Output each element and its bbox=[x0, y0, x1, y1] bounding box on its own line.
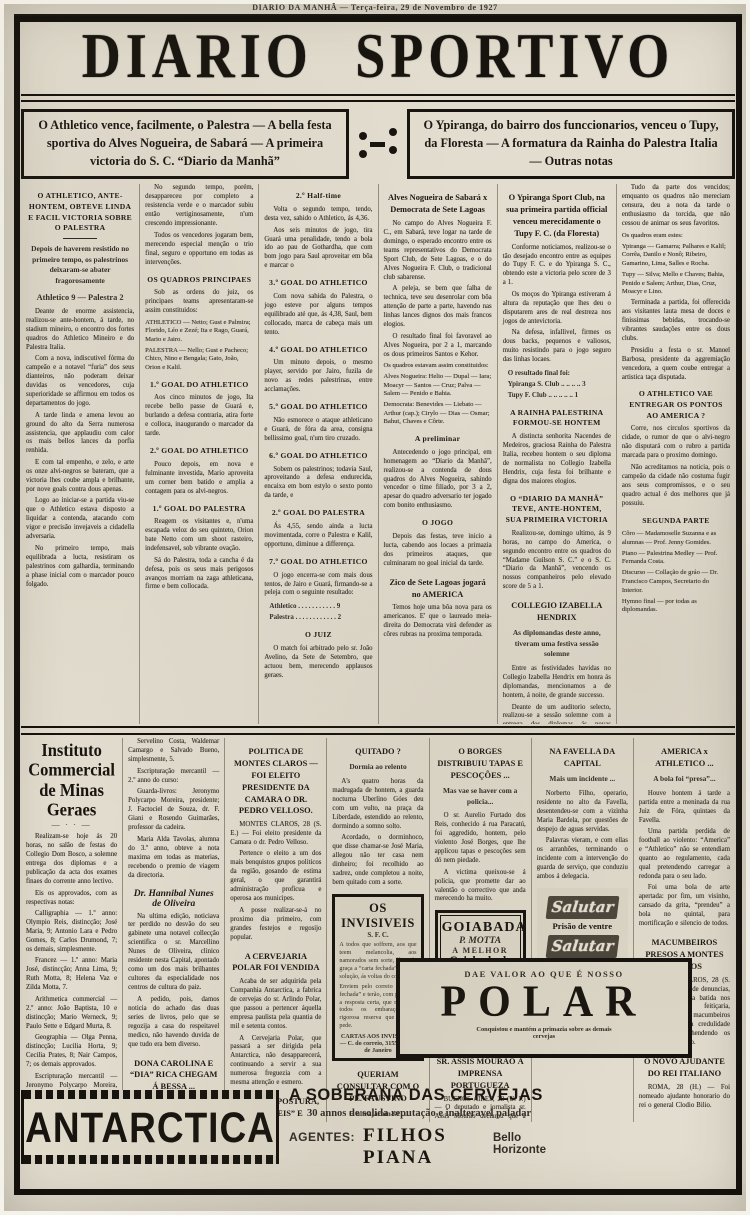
news-column: Tudo da parte dos vencidos; emquanto os … bbox=[617, 184, 735, 724]
article-paragraph: O jogo encerra-se com mais dous tentos, … bbox=[264, 572, 372, 599]
article-heading: 6.º GOAL DO ATHLETICO bbox=[266, 451, 370, 462]
article-subhead: Depois de haverem resistido no primeiro … bbox=[29, 244, 131, 287]
article-paragraph: Arithmetica commercial — 2.º anno: João … bbox=[26, 996, 117, 1032]
article-paragraph: Tudo da parte dos vencidos; emquanto os … bbox=[622, 184, 730, 229]
article-heading: 2.º Half-time bbox=[266, 191, 370, 202]
article-paragraph: Uma partida perdida de football ao viole… bbox=[639, 828, 730, 882]
antarctica-brand: ANTARCTICA bbox=[24, 1106, 276, 1149]
article-paragraph: Sobem os palestrinos; todavia Saul, apro… bbox=[264, 466, 372, 502]
ad-line: OS INVISIVEIS bbox=[339, 901, 416, 931]
article-paragraph: Calligraphia — 1.º anno: Olympio Reis, d… bbox=[26, 910, 117, 955]
article-paragraph: Palavras vieram, e com ellas os arranhõe… bbox=[537, 837, 628, 882]
article-paragraph: Foi uma bola de arte apertada: por fim, … bbox=[639, 884, 730, 929]
article-paragraph: Na defesa, infallivel, firmes os dous ba… bbox=[503, 329, 611, 365]
news-column: No segundo tempo, porém, desappareceu po… bbox=[140, 184, 259, 724]
masthead-rule bbox=[21, 94, 735, 102]
article-paragraph: Corre, nos circulos sportivos da cidade,… bbox=[622, 425, 730, 461]
article-heading: 5.º GOAL DO ATHLETICO bbox=[266, 402, 370, 413]
article-paragraph: Pouco depois, em nova e fulminante inves… bbox=[145, 461, 253, 497]
article-subhead: As diplomandas deste anno, tiveram uma f… bbox=[506, 628, 608, 660]
article-paragraph: A peleja, se bem que falha de technica, … bbox=[384, 285, 492, 330]
article-paragraph: Realizam-se hoje ás 20 horas, no salão d… bbox=[26, 833, 117, 887]
lineup-paragraph: Hymno final — por todas as diplomandas. bbox=[622, 598, 730, 615]
article-headline: Zico de Sete Lagoas jogará no AMERICA bbox=[385, 577, 491, 601]
news-column: 2.º Half-timeVolta o segundo tempo, tend… bbox=[259, 184, 378, 724]
article-paragraph: Entre as festividades havidas no Collegi… bbox=[503, 665, 611, 701]
news-column: NA FAVELLA DA CAPITALMais um incidente .… bbox=[532, 738, 634, 1122]
score-tally: O resultado final foi: Ypiranga S. Club … bbox=[508, 368, 611, 401]
headline-banners: O Athletico vence, facilmente, o Palestr… bbox=[21, 109, 735, 179]
article-subhead: Dormia ao relento bbox=[335, 762, 420, 773]
article-heading: 2.º GOAL DO PALESTRA bbox=[266, 508, 370, 519]
article-headline: AMERICA x ATHLETICO ... bbox=[640, 746, 729, 770]
news-column: Instituto Commercial de Minas Geraes— ∙ … bbox=[21, 738, 123, 1122]
ad-line: P. MOTTA bbox=[442, 936, 519, 946]
article-paragraph: Maria Alda Tavolas, alumna do 3.º anno, … bbox=[128, 836, 219, 881]
article-heading: O JUIZ bbox=[266, 630, 370, 641]
polar-brand: POLAR bbox=[406, 980, 682, 1024]
article-heading: O ATHLETICO VAE ENTREGAR OS PONTOS AO AM… bbox=[624, 389, 728, 421]
stripe-bottom bbox=[24, 1155, 276, 1164]
article-headline: COLLEGIO IZABELLA HENDRIX bbox=[504, 600, 610, 624]
newspaper-title: DIARIO SPORTIVO bbox=[21, 24, 735, 88]
agents-label: AGENTES: bbox=[289, 1130, 355, 1144]
article-paragraph: E com tal empenho, e zelo, e arte os onz… bbox=[26, 459, 134, 495]
masthead: DIARIO SPORTIVO bbox=[21, 23, 735, 88]
article-paragraph: Com nova sahida do Palestra, o jogo este… bbox=[264, 293, 372, 338]
article-paragraph: A pedido, pois, damos noticia do achado … bbox=[128, 996, 219, 1050]
article-paragraph: No segundo tempo, porém, desappareceu po… bbox=[145, 184, 253, 229]
lineup-paragraph: PALESTRA — Nello; Gust e Pacheco; Chico,… bbox=[145, 347, 253, 373]
lineup-paragraph: Alves Nogueira: Helio — Dupal — Iara; Mo… bbox=[384, 373, 492, 399]
news-column: QUITADO ?Dormia ao relentoA's quatro hor… bbox=[327, 738, 429, 1122]
article-paragraph: O match foi arbitrado pelo sr. João Avel… bbox=[264, 645, 372, 681]
article-headline-italic: Dr. Hannibal Nunes de Oliveira bbox=[128, 889, 219, 909]
article-paragraph: Geographia — Olga Penna, distincção; Luc… bbox=[26, 1034, 117, 1070]
headline-banner-left: O Athletico vence, facilmente, o Palestr… bbox=[21, 109, 349, 179]
article-subhead: Mas vae se haver com a policia... bbox=[438, 786, 523, 807]
polar-caption: Conquistou e mantém a primazia sobre as … bbox=[406, 1026, 682, 1033]
article-paragraph: Escripturação mercantil — 2.º anno do cu… bbox=[128, 768, 219, 786]
article-paragraph: Presidiu a festa o sr. Manoel Barbosa, p… bbox=[622, 347, 730, 383]
newspaper-page: DIARIO DA MANHÃ — Terça-feira, 29 de Nov… bbox=[0, 0, 750, 1215]
article-paragraph: Sá do Palestra, toda a cancha é da defes… bbox=[145, 557, 253, 593]
bottom-ad-strip: ANTARCTICA A SOBERANA DAS CERVEJAS 30 an… bbox=[21, 1086, 727, 1180]
article-heading: 1.º GOAL DO PALESTRA bbox=[147, 504, 251, 515]
article-paragraph: Na ultima edição, noticiava ter perdido … bbox=[128, 913, 219, 994]
soberana-headline: A SOBERANA DAS CERVEJAS bbox=[289, 1086, 557, 1105]
article-paragraph: No primeiro tempo, mais equilibrada a lu… bbox=[26, 545, 134, 590]
soberana-subline: 30 annos de solida reputação e inalterav… bbox=[307, 1108, 557, 1119]
article-paragraph: Acaba de ser adquirida pela Companhia An… bbox=[230, 978, 321, 1032]
article-paragraph: Sob as ordens do juiz, os principaes tea… bbox=[145, 289, 253, 316]
article-paragraph: Antecedendo o jogo principal, em homenag… bbox=[384, 449, 492, 512]
sports-section: O ATHLETICO, ANTE-HONTEM, OBTEVE LINDA E… bbox=[21, 184, 735, 724]
polar-ad: DAE VALOR AO QUE É NOSSO POLAR Conquisto… bbox=[396, 958, 692, 1058]
article-paragraph: Realizou-se, domingo ultimo, ás 9 horas,… bbox=[503, 530, 611, 593]
article-paragraph: A Cervejaria Polar, que passará a ser di… bbox=[230, 1035, 321, 1089]
article-heading: A RAINHA PALESTRINA FORMOU-SE HONTEM bbox=[505, 408, 609, 429]
headline-banner-right: O Ypiranga, do bairro dos funccionarios,… bbox=[407, 109, 735, 179]
lineup-paragraph: Ypiranga — Gamarra; Palhares e Kalil; Co… bbox=[622, 243, 730, 269]
article-paragraph: Deante de um auditorio selecto, realizou… bbox=[503, 704, 611, 725]
article-paragraph: Temos hoje uma bôa nova para os american… bbox=[384, 604, 492, 640]
lineup-paragraph: ATHLETICO — Netto; Gust e Palmira; Flori… bbox=[145, 319, 253, 345]
stripe-top bbox=[24, 1090, 276, 1099]
agents-city: Bello Horizonte bbox=[493, 1132, 557, 1156]
lineup-paragraph: Os quadros estavam assim constituidos: bbox=[384, 362, 492, 371]
article-paragraph: Reagem os visitantes e, n'uma escapada v… bbox=[145, 518, 253, 554]
article-heading: 4.º GOAL DO ATHLETICO bbox=[266, 345, 370, 356]
article-headline: A CERVEJARIA POLAR FOI VENDIDA bbox=[231, 951, 320, 975]
ad-line: A MELHOR bbox=[442, 946, 519, 955]
article-paragraph: Houve hontem á tarde a partida entre a m… bbox=[639, 790, 730, 826]
article-subhead: Mais um incidente ... bbox=[540, 774, 625, 785]
article-paragraph: Acordado, o dorminhoco, que disse chamar… bbox=[332, 834, 423, 888]
ad-line: Salutar bbox=[545, 896, 619, 919]
polar-caption-2: cervejas bbox=[406, 1033, 682, 1040]
article-paragraph: Não esmorece o ataque athleticano e Guar… bbox=[264, 417, 372, 444]
lineup-paragraph: Discurso — Collação de gráo — Dr. Franci… bbox=[622, 569, 730, 595]
article-headline: NA FAVELLA DA CAPITAL bbox=[538, 746, 627, 770]
antarctica-ad: ANTARCTICA bbox=[21, 1090, 279, 1164]
article-paragraph: Todos os vencedores jogaram bem, merecen… bbox=[145, 232, 253, 268]
lineup-paragraph: Piano — Palestrina Medley — Prof. Fernan… bbox=[622, 550, 730, 567]
ad-line: S. F. C. bbox=[339, 931, 416, 939]
article-paragraph: Com a nova, indiscutivel fórma do campeã… bbox=[26, 355, 134, 409]
article-paragraph: Terminada a partida, foi offerecida aos … bbox=[622, 299, 730, 344]
article-heading: 3.º GOAL DO ATHLETICO bbox=[266, 278, 370, 289]
lineup-paragraph: Os quadros eram estes: bbox=[622, 232, 730, 241]
article-headline: QUITADO ? bbox=[333, 746, 422, 758]
news-column: O ATHLETICO, ANTE-HONTEM, OBTEVE LINDA E… bbox=[21, 184, 140, 724]
ornament: — ∙ ∙ — bbox=[26, 820, 117, 829]
article-heading: OS QUADROS PRINCIPAES bbox=[147, 275, 251, 286]
article-subhead: A bola foi “presa”... bbox=[642, 774, 727, 785]
news-column: AMERICA x ATHLETICO ...A bola foi “presa… bbox=[634, 738, 735, 1122]
article-paragraph: Servelino Costa, Waldemar Camargo e Salv… bbox=[128, 738, 219, 765]
divider-rule bbox=[63, 238, 97, 239]
dots-dash-icon bbox=[356, 123, 400, 165]
article-paragraph: Conforme noticiamos, realizou-se o tão d… bbox=[503, 244, 611, 289]
article-paragraph: No campo do Alves Nogueira F. C., em Sab… bbox=[384, 220, 492, 283]
article-paragraph: A posse realizar-se-á no proximo dia pri… bbox=[230, 907, 321, 943]
lineup-paragraph: Democrata: Benevides — Liebato — Arthur … bbox=[384, 401, 492, 427]
ornament-dots-icon bbox=[355, 109, 401, 179]
article-heading: O ATHLETICO, ANTE-HONTEM, OBTEVE LINDA E… bbox=[28, 191, 132, 234]
article-paragraph: Um minuto depois, o mesmo player, servid… bbox=[264, 359, 372, 395]
article-paragraph: Norberto Filho, operario, residente no a… bbox=[537, 790, 628, 835]
article-paragraph: Deante de enorme assistencia, realizou-s… bbox=[26, 308, 134, 353]
article-headline: O BORGES DISTRIBUIU TAPAS E PESCOÇÕES ..… bbox=[436, 746, 525, 781]
news-column: O BORGES DISTRIBUIU TAPAS E PESCOÇÕES ..… bbox=[430, 738, 532, 1122]
article-paragraph: MONTES CLAROS, 28 (S. E.) — Foi eleito p… bbox=[230, 821, 321, 848]
article-paragraph: Francez — 1.º anno: Maria José, distincç… bbox=[26, 957, 117, 993]
article-heading: SEGUNDA PARTE bbox=[624, 516, 728, 527]
section-divider bbox=[21, 726, 735, 735]
lineup-paragraph: Côro — Madamoselle Suzanna e as alumnas … bbox=[622, 530, 730, 547]
article-heading: 7.º GOAL DO ATHLETICO bbox=[266, 557, 370, 568]
article-heading: 2.º GOAL DO ATHLETICO bbox=[147, 446, 251, 457]
article-heading: O “DIARIO DA MANHÃ” TEVE, ANTE-HONTEM, S… bbox=[505, 494, 609, 526]
section-title: Instituto Commercial de Minas Geraes bbox=[26, 742, 117, 822]
agents-name: FILHOS PIANA bbox=[363, 1125, 485, 1169]
article-paragraph: Volta o segundo tempo, tendo, desta vez,… bbox=[264, 206, 372, 224]
article-paragraph: Pertence o eleito a um dos mais benquist… bbox=[230, 850, 321, 904]
score-line: Athletico 9 — Palestra 2 bbox=[26, 293, 134, 302]
article-paragraph: Guarda-livros: Jeronymo Polycarpo Moreir… bbox=[128, 788, 219, 833]
article-paragraph: Eis os approvados, com as respectivas no… bbox=[26, 890, 117, 908]
article-paragraph: Ás 4,55, sendo ainda a lucta movimentada… bbox=[264, 523, 372, 550]
news-column: Alves Nogueira de Sabará x Democrata de … bbox=[379, 184, 498, 724]
ad-line: GOIABADA bbox=[442, 920, 519, 936]
article-paragraph: A's quatro horas da madrugada de hontem,… bbox=[332, 778, 423, 832]
ad-line: Salutar bbox=[545, 935, 619, 958]
article-heading: A preliminar bbox=[386, 434, 490, 445]
article-headline: Alves Nogueira de Sabará x Democrata de … bbox=[385, 192, 491, 216]
article-paragraph: A distincta senhorita Nacendes de Medeir… bbox=[503, 433, 611, 487]
news-column: Servelino Costa, Waldemar Camargo e Salv… bbox=[123, 738, 225, 1122]
article-paragraph: Aos seis minutos de jogo, tira Guará uma… bbox=[264, 227, 372, 272]
news-column: O Ypiranga Sport Club, na sua primeira p… bbox=[498, 184, 617, 724]
news-column: POLITICA DE MONTES CLAROS —FOI ELEITO PR… bbox=[225, 738, 327, 1122]
score-tally: Athletico . . . . . . . . . . . 9 Palest… bbox=[269, 601, 372, 623]
article-paragraph: O resultado final foi favoravel ao Alves… bbox=[384, 333, 492, 360]
lower-section: Instituto Commercial de Minas Geraes— ∙ … bbox=[21, 738, 735, 1122]
article-headline: O NOVO AJUDANTE DO REI ITALIANO bbox=[640, 1056, 729, 1080]
article-paragraph: A victima queixou-se á policia, que prom… bbox=[435, 869, 526, 905]
article-paragraph: Não acreditamos na noticia, pois o campe… bbox=[622, 464, 730, 509]
article-headline: POLITICA DE MONTES CLAROS —FOI ELEITO PR… bbox=[231, 746, 320, 817]
agents-row: AGENTES: FILHOS PIANA Bello Horizonte bbox=[289, 1125, 557, 1169]
article-heading: 1.º GOAL DO ATHLETICO bbox=[147, 380, 251, 391]
article-paragraph: Logo ao iniciar-se a partida viu-se que … bbox=[26, 497, 134, 542]
lineup-paragraph: Tupy — Silva; Mello e Chaves; Bahia, Pen… bbox=[622, 271, 730, 297]
soberana-ad: A SOBERANA DAS CERVEJAS 30 annos de soli… bbox=[289, 1086, 557, 1180]
article-paragraph: Os moços do Ypiranga estiveram á altura … bbox=[503, 291, 611, 327]
dateline: DIARIO DA MANHÃ — Terça-feira, 29 de Nov… bbox=[0, 3, 750, 12]
article-heading: O JOGO bbox=[386, 518, 490, 529]
article-paragraph: Aos cinco minutos de jogo, Ita recebe be… bbox=[145, 394, 253, 439]
article-paragraph: A tarde linda e amena levou ao ground do… bbox=[26, 412, 134, 457]
ad-line: Prisão de ventre bbox=[541, 921, 624, 931]
article-paragraph: Depois das festas, teve inicio a lucta, … bbox=[384, 533, 492, 569]
article-paragraph: O sr. Aurelio Furtado dos Reis, conhecid… bbox=[435, 812, 526, 866]
article-headline: O Ypiranga Sport Club, na sua primeira p… bbox=[504, 192, 610, 239]
